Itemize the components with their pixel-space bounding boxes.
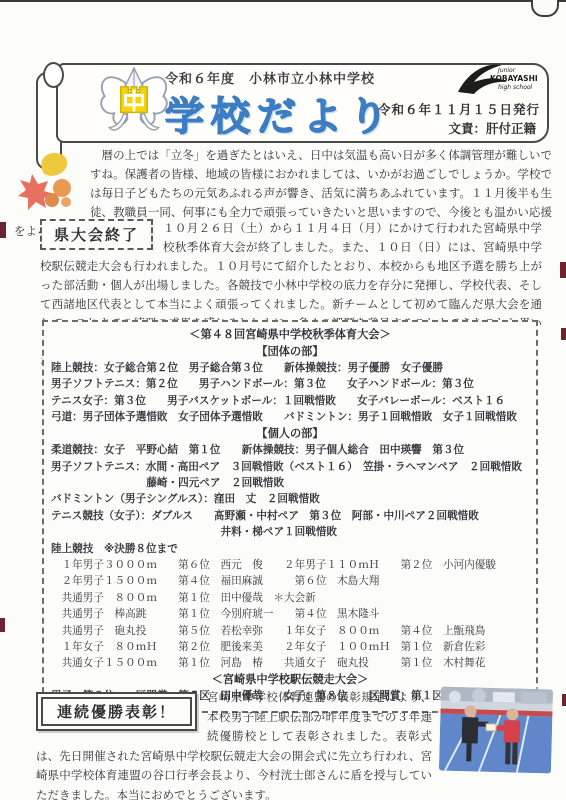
athletics-result-line: １年男子３０００ｍ 第６位 西元 俊 ２年男子１１０ｍＨ 第２位 小河内優駿 <box>51 557 529 573</box>
individual-result-line: 陸上競技 ※決勝８位まで <box>51 541 529 557</box>
author-credit: 文責：肝付正籍 <box>448 119 536 137</box>
section-label-kentaikai: 県大会終了 <box>40 219 153 250</box>
scroll-banner-roll-top <box>43 62 64 88</box>
scan-mark <box>0 222 6 238</box>
scan-mark <box>561 328 566 340</box>
k-school-logo-icon: Junior KOBAYASHI high school <box>452 60 540 100</box>
athletics-result-line: ２年男子１５００ｍ 第４位 福田麻誠 第６位 木島大翔 <box>51 573 529 589</box>
team-result-line: 弓道：男子団体予選惜敗 女子団体予選惜敗 バドミントン：男子１回戦惜敗 女子１回… <box>51 409 529 425</box>
newsletter-page: 令和６年度 小林市立小林中学校 学校だより Junior KOBAYASHI h… <box>0 0 566 800</box>
scan-mark <box>0 618 5 632</box>
results-title-ekiden: ＜宮崎県中学校駅伝競走大会＞ <box>51 672 529 689</box>
scan-mark <box>560 262 566 278</box>
scan-mark <box>562 694 566 706</box>
section-label-renzoku-yusho: 連続優勝表彰！ <box>36 692 197 731</box>
autumn-leaves-icon <box>14 148 84 214</box>
individual-result-line: 藤崎・四元ペア ２回戦惜敗 <box>51 475 529 491</box>
athletics-result-line: １年女子 ８０ｍＨ 第２位 肥後来美 ２年女子 １００ｍＨ 第１位 新倉佐彩 <box>51 639 529 655</box>
athletics-result-line: 共通男子 棒高跳 第１位 今別府琥一 第４位 黒木隆斗 <box>51 606 529 622</box>
team-result-line: 陸上競技：女子総合第２位 男子総合第３位 新体操競技：男子優勝 女子優勝 <box>51 360 529 376</box>
athletics-result-line: 共通女子１５００ｍ 第１位 河島 椿 共通女子 砲丸投 第１位 木村舞花 <box>51 655 529 671</box>
scan-edge-line <box>0 0 566 2</box>
individual-result-line: 男子ソフトテニス：水間・高田ペア ３回戦惜敗（ベスト１６） 笠掛・ラヘマンペア … <box>51 459 529 475</box>
issue-date: 令和６年１１月１５日発行 <box>378 100 540 118</box>
svg-text:KOBAYASHI: KOBAYASHI <box>490 74 538 83</box>
athletics-result-line: 共通男子 砲丸投 第５位 若松幸弥 １年女子 ８００ｍ 第４位 上甑飛鳥 <box>51 623 529 639</box>
results-title-autumn: ＜第４８回宮崎県中学校秋季体育大会＞ <box>51 327 529 344</box>
school-year-line: 令和６年度 小林市立小林中学校 <box>120 68 420 87</box>
results-individual-header: 【個人の部】 <box>51 426 529 443</box>
individual-result-line: 柔道競技：女子 平野心結 第１位 新体操競技：男子個人総合 田中瑛響 第３位 <box>51 442 529 458</box>
athletics-result-line: 共通男子 ８００ｍ 第１位 田中優哉 ＊大会新 <box>51 590 529 606</box>
individual-result-line: バドミントン（男子シングルス）：窪田 丈 ２回戦惜敗 <box>51 491 529 507</box>
team-result-line: テニス女子：第３位 男子バスケットボール：１回戦惜敗 女子バレーボール：ベスト１… <box>51 393 529 409</box>
svg-text:Junior: Junior <box>497 67 516 74</box>
individual-result-line: テニス競技（女子）：ダブルス 髙野瀬・中村ペア 第３位 阿部・中川ペア２回戦惜敗 <box>51 508 529 524</box>
award-ceremony-photo <box>439 687 553 774</box>
team-result-line: 男子ソフトテニス：第２位 男子ハンドボール：第３位 女子ハンドボール：第３位 <box>51 376 529 392</box>
award-section: 連続優勝表彰！ 宮崎県中学校体育連盟の表彰規定により、本校男子陸上駅伝部が昨年度… <box>36 688 552 800</box>
punch-hole <box>531 0 559 17</box>
results-box: ＜第４８回宮崎県中学校秋季体育大会＞ 【団体の部】 陸上競技：女子総合第２位 男… <box>42 320 538 713</box>
individual-result-line: 井料・梯ペア１回戦惜敗 <box>51 524 529 540</box>
results-team-header: 【団体の部】 <box>51 344 529 361</box>
svg-text:high school: high school <box>498 84 533 91</box>
